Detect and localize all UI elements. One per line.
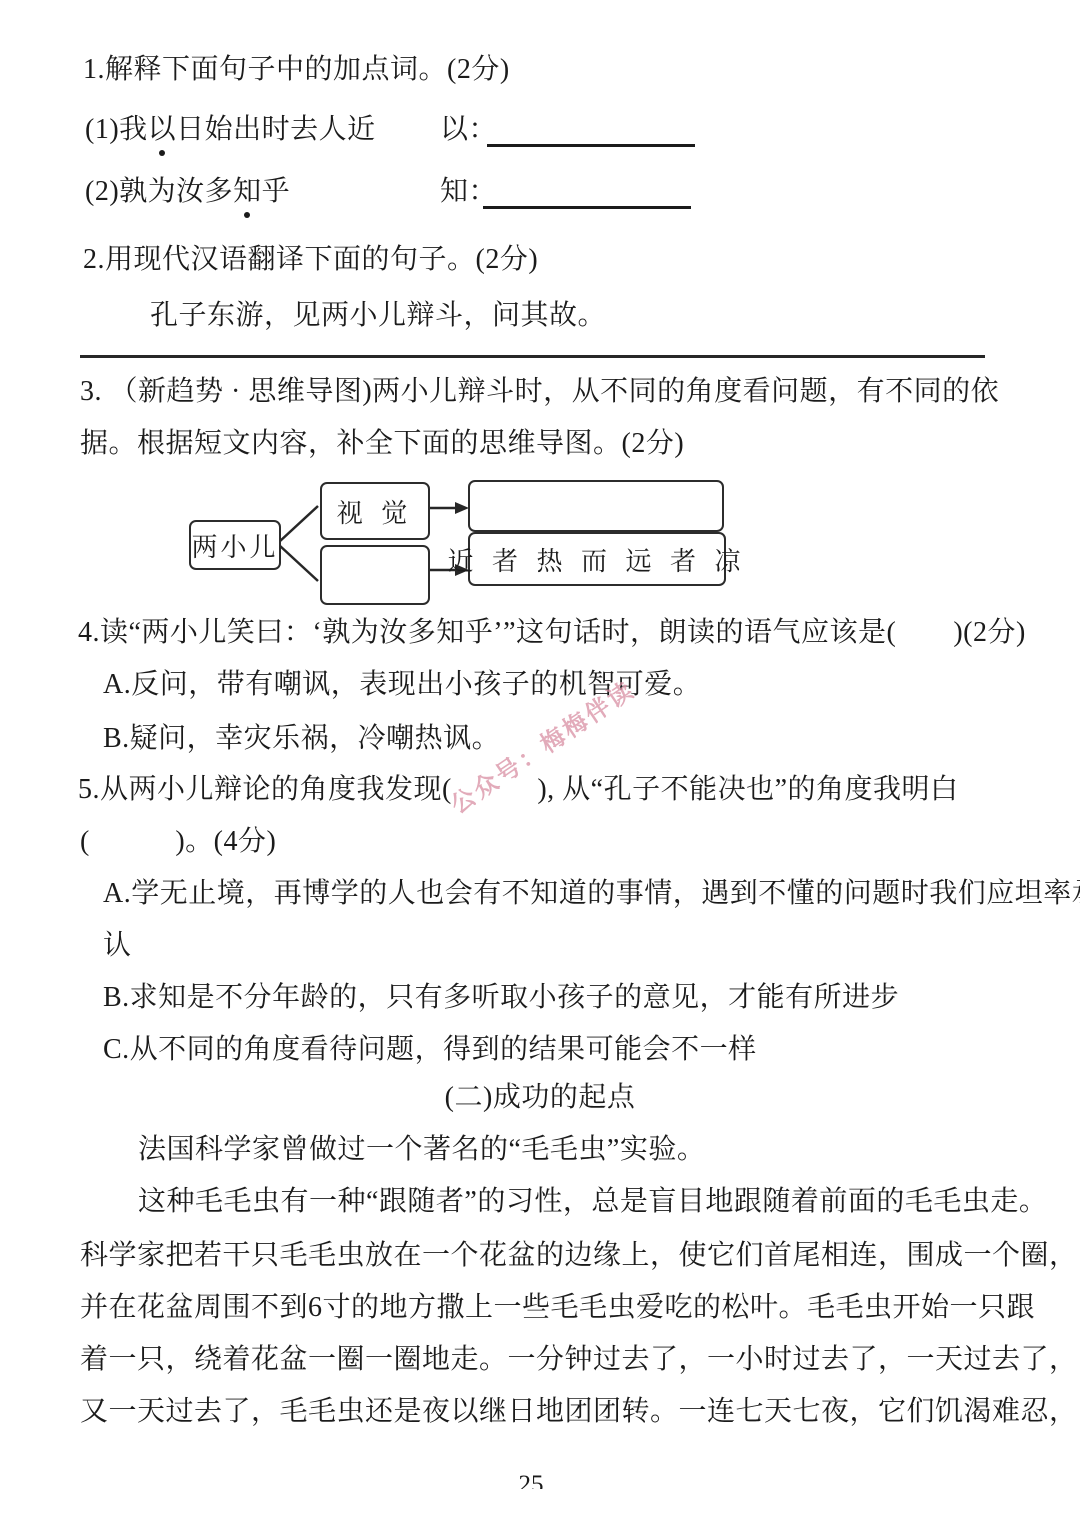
mind-map-diagram: 两小儿 视 觉 近 者 热 而 远 者 凉: [185, 468, 730, 618]
q5-line-2: ( )。(4分): [80, 822, 276, 862]
q5-option-b: B.求知是不分年龄的，只有多听取小孩子的意见，才能有所进步: [103, 978, 899, 1018]
test-paper-page: 1.解释下面句子中的加点词。(2分) (1)我以日始出时去人近 以： (2)孰为…: [0, 0, 1080, 1526]
q2-title: 2.用现代汉语翻译下面的句子。(2分): [83, 240, 538, 280]
q1-title: 1.解释下面句子中的加点词。(2分): [83, 50, 510, 90]
passage-para-3-line-1: 科学家把若干只毛毛虫放在一个花盆的边缘上，使它们首尾相连，围成一个圈，: [80, 1236, 1078, 1276]
q1-item-1: (1)我以日始出时去人近 以：: [0, 110, 1080, 152]
diagram-branch2-result: 近 者 热 而 远 者 凉: [468, 532, 726, 586]
q3-line-1: 3. （新趋势 · 思维导图)两小儿辩斗时，从不同的角度看问题，有不同的依: [80, 372, 999, 412]
diagram-branch1-result-blank: [468, 480, 724, 532]
diagram-root-node: 两小儿: [189, 520, 281, 570]
passage-para-3-line-3: 着一只，绕着花盆一圈一圈地走。一分钟过去了，一小时过去了，一天过去了，: [80, 1340, 1078, 1380]
diagram-branch2-node-blank: [320, 545, 430, 605]
q5-option-c: C.从不同的角度看待问题，得到的结果可能会不一样: [103, 1030, 757, 1070]
q5-option-a-line-2: 认: [103, 926, 132, 966]
q2-sentence: 孔子东游，见两小儿辩斗，问其故。: [150, 296, 606, 336]
section-divider-line: [80, 355, 985, 358]
q1-item-1-dotted-word: 以: [148, 110, 177, 150]
q1-item-1-answer-blank: [487, 108, 695, 147]
page-number: 25: [503, 1472, 559, 1489]
diagram-branch1-node: 视 觉: [320, 482, 430, 540]
q1-item-2-sentence: (2)孰为汝多知乎: [85, 172, 290, 212]
passage-para-3-line-4: 又一天过去了，毛毛虫还是夜以继日地团团转。一连七天七夜，它们饥渴难忍，: [80, 1392, 1078, 1432]
q1-item-1-sentence: (1)我以日始出时去人近: [85, 110, 376, 150]
passage-para-1: 法国科学家曾做过一个著名的“毛毛虫”实验。: [138, 1130, 705, 1170]
q5-option-a-line-1: A.学无止境，再博学的人也会有不知道的事情，遇到不懂的问题时我们应坦率承: [103, 874, 1080, 914]
q1-item-2-prefix: (2)孰为汝多: [85, 176, 233, 207]
q4-option-b: B.疑问，幸灾乐祸，冷嘲热讽。: [103, 719, 500, 759]
passage-para-3-line-2: 并在花盆周围不到6寸的地方撒上一些毛毛虫爱吃的松叶。毛毛虫开始一只跟: [80, 1288, 1035, 1328]
q1-item-2-answer-blank: [483, 170, 691, 209]
q4-title: 4.读“两小儿笑曰：‘孰为汝多知乎’”这句话时，朗读的语气应该是( )(2分): [78, 613, 1026, 653]
q1-item-1-rest: 日始出时去人近: [176, 114, 376, 145]
q3-line-2: 据。根据短文内容，补全下面的思维导图。(2分): [80, 424, 684, 464]
q1-item-1-prefix: (1)我: [85, 114, 148, 145]
q1-item-2: (2)孰为汝多知乎 知：: [0, 172, 1080, 214]
q1-item-2-rest: 乎: [262, 176, 291, 207]
passage-title: (二)成功的起点: [0, 1078, 1080, 1118]
q1-item-2-dotted-word: 知: [233, 172, 262, 212]
passage-para-2: 这种毛毛虫有一种“跟随者”的习性，总是盲目地跟随着前面的毛毛虫走。: [138, 1182, 1047, 1222]
